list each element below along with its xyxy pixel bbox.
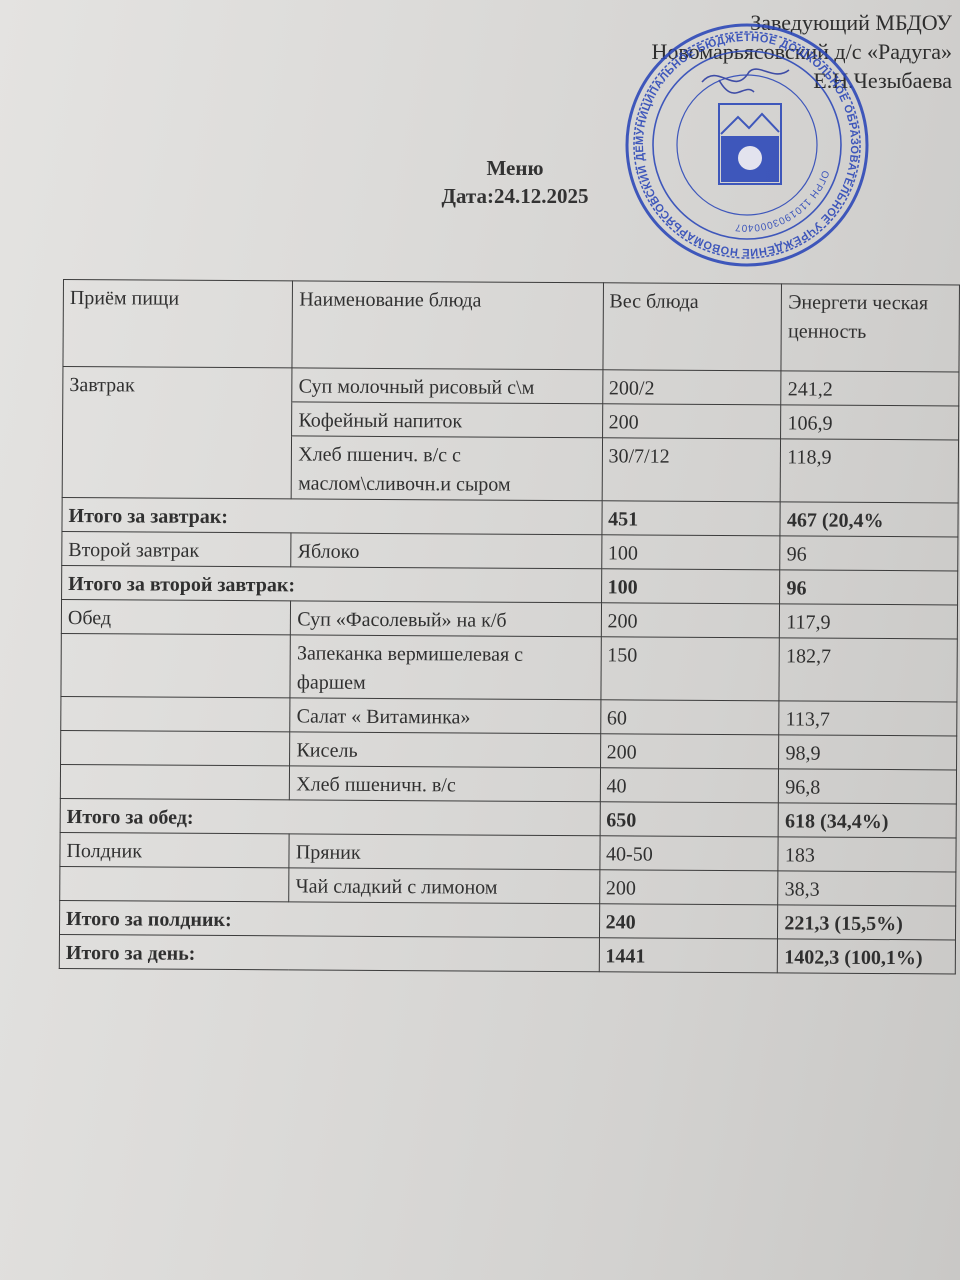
dish-energy: 182,7: [779, 638, 957, 702]
day-total-row: Итого за день:14411402,3 (100,1%): [59, 934, 955, 973]
dish-name: Кисель: [290, 732, 600, 768]
header-dish: Наименование блюда: [292, 281, 603, 370]
dish-energy: 113,7: [779, 701, 957, 736]
dish-weight: 200: [599, 870, 778, 905]
stamp-emblem-icon: [719, 104, 781, 184]
total-row: Итого за завтрак:451467 (20,4%: [62, 497, 958, 536]
meal-cell: Завтрак: [63, 367, 293, 402]
official-stamp-icon: МУНИЦИПАЛЬНОЕ БЮДЖЕТНОЕ ДОШКОЛЬНОЕ ОБРАЗ…: [624, 22, 870, 268]
total-energy: 467 (20,4%: [780, 502, 958, 537]
dish-energy: 96: [780, 536, 958, 571]
meal-cell: Полдник: [60, 832, 290, 867]
dish-energy: 96,8: [779, 769, 957, 804]
table-row: Кисель20098,9: [61, 730, 957, 769]
day-total-energy: 1402,3 (100,1%): [778, 939, 956, 974]
meal-cell: Обед: [61, 599, 291, 634]
meal-cell: Второй завтрак: [62, 531, 292, 566]
total-energy: 618 (34,4%): [778, 803, 956, 838]
dish-weight: 200: [600, 734, 779, 769]
total-row: Итого за полдник:240221,3 (15,5%): [59, 900, 955, 939]
day-total-weight: 1441: [599, 938, 778, 973]
total-weight: 650: [600, 802, 779, 837]
dish-weight: 200/2: [602, 370, 781, 405]
menu-table: Приём пищи Наименование блюда Вес блюда …: [59, 279, 960, 974]
day-total-label: Итого за день:: [59, 934, 599, 971]
dish-energy: 117,9: [780, 604, 958, 639]
dish-name: Хлеб пшенич. в/с с маслом\сливочн.и сыро…: [292, 436, 603, 501]
total-energy: 96: [780, 570, 958, 605]
dish-energy: 98,9: [779, 735, 957, 770]
total-energy: 221,3 (15,5%): [778, 905, 956, 940]
table-row: Хлеб пшеничн. в/с4096,8: [60, 764, 956, 803]
table-row: Хлеб пшенич. в/с с маслом\сливочн.и сыро…: [62, 435, 958, 503]
total-label: Итого за обед:: [60, 798, 600, 835]
dish-name: Суп молочный рисовый с\м: [292, 368, 602, 404]
dish-name: Пряник: [289, 834, 599, 870]
table-row: ПолдникПряник40-50183: [60, 832, 956, 871]
dish-name: Запеканка вермишелевая с фаршем: [290, 635, 601, 700]
table-row: ОбедСуп «Фасолевый» на к/б200117,9: [61, 599, 957, 638]
dish-energy: 241,2: [781, 371, 959, 406]
dish-energy: 118,9: [781, 439, 959, 503]
dish-name: Хлеб пшеничн. в/с: [290, 766, 600, 802]
table-row: Кофейный напиток200106,9: [63, 401, 959, 440]
total-weight: 451: [602, 501, 781, 536]
dish-weight: 200: [602, 404, 781, 439]
dish-weight: 60: [600, 700, 779, 735]
dish-name: Салат « Витаминка»: [290, 698, 600, 734]
dish-name: Суп «Фасолевый» на к/б: [291, 601, 601, 637]
meal-cell: [60, 764, 290, 799]
total-label: Итого за полдник:: [59, 900, 599, 937]
dish-name: Яблоко: [291, 533, 601, 569]
dish-name: Чай сладкий с лимоном: [289, 868, 599, 904]
meal-cell: [61, 730, 291, 765]
total-label: Итого за второй завтрак:: [62, 565, 602, 602]
dish-energy: 106,9: [781, 405, 959, 440]
dish-weight: 150: [601, 637, 780, 701]
dish-energy: 183: [778, 837, 956, 872]
meal-cell: [61, 633, 291, 697]
menu-title-block: Меню Дата:24.12.2025: [420, 154, 610, 210]
menu-date: Дата:24.12.2025: [420, 182, 610, 210]
dish-weight: 100: [601, 535, 780, 570]
total-label: Итого за завтрак:: [62, 497, 602, 534]
dish-weight: 30/7/12: [602, 438, 781, 502]
dish-weight: 40-50: [599, 836, 778, 871]
menu-heading: Меню: [420, 154, 610, 182]
dish-name: Кофейный напиток: [292, 402, 602, 438]
total-row: Итого за обед:650618 (34,4%): [60, 798, 956, 837]
dish-energy: 38,3: [778, 871, 956, 906]
table-row: ЗавтракСуп молочный рисовый с\м200/2241,…: [63, 367, 959, 406]
meal-cell: [62, 435, 292, 499]
table-header-row: Приём пищи Наименование блюда Вес блюда …: [63, 280, 960, 372]
header-energy: Энергети ческая ценность: [781, 284, 959, 372]
meal-cell: [60, 866, 290, 901]
table-row: Запеканка вермишелевая с фаршем150182,7: [61, 633, 957, 701]
dish-weight: 200: [601, 603, 780, 638]
header-meal: Приём пищи: [63, 280, 293, 368]
meal-cell: [61, 696, 291, 731]
table-row: Салат « Витаминка»60113,7: [61, 696, 957, 735]
total-weight: 100: [601, 569, 780, 604]
meal-cell: [63, 401, 293, 436]
dish-weight: 40: [600, 768, 779, 803]
total-row: Итого за второй завтрак:10096: [62, 565, 958, 604]
table-row: Чай сладкий с лимоном20038,3: [60, 866, 956, 905]
total-weight: 240: [599, 904, 778, 939]
header-weight: Вес блюда: [603, 283, 782, 371]
table-row: Второй завтракЯблоко10096: [62, 531, 958, 570]
